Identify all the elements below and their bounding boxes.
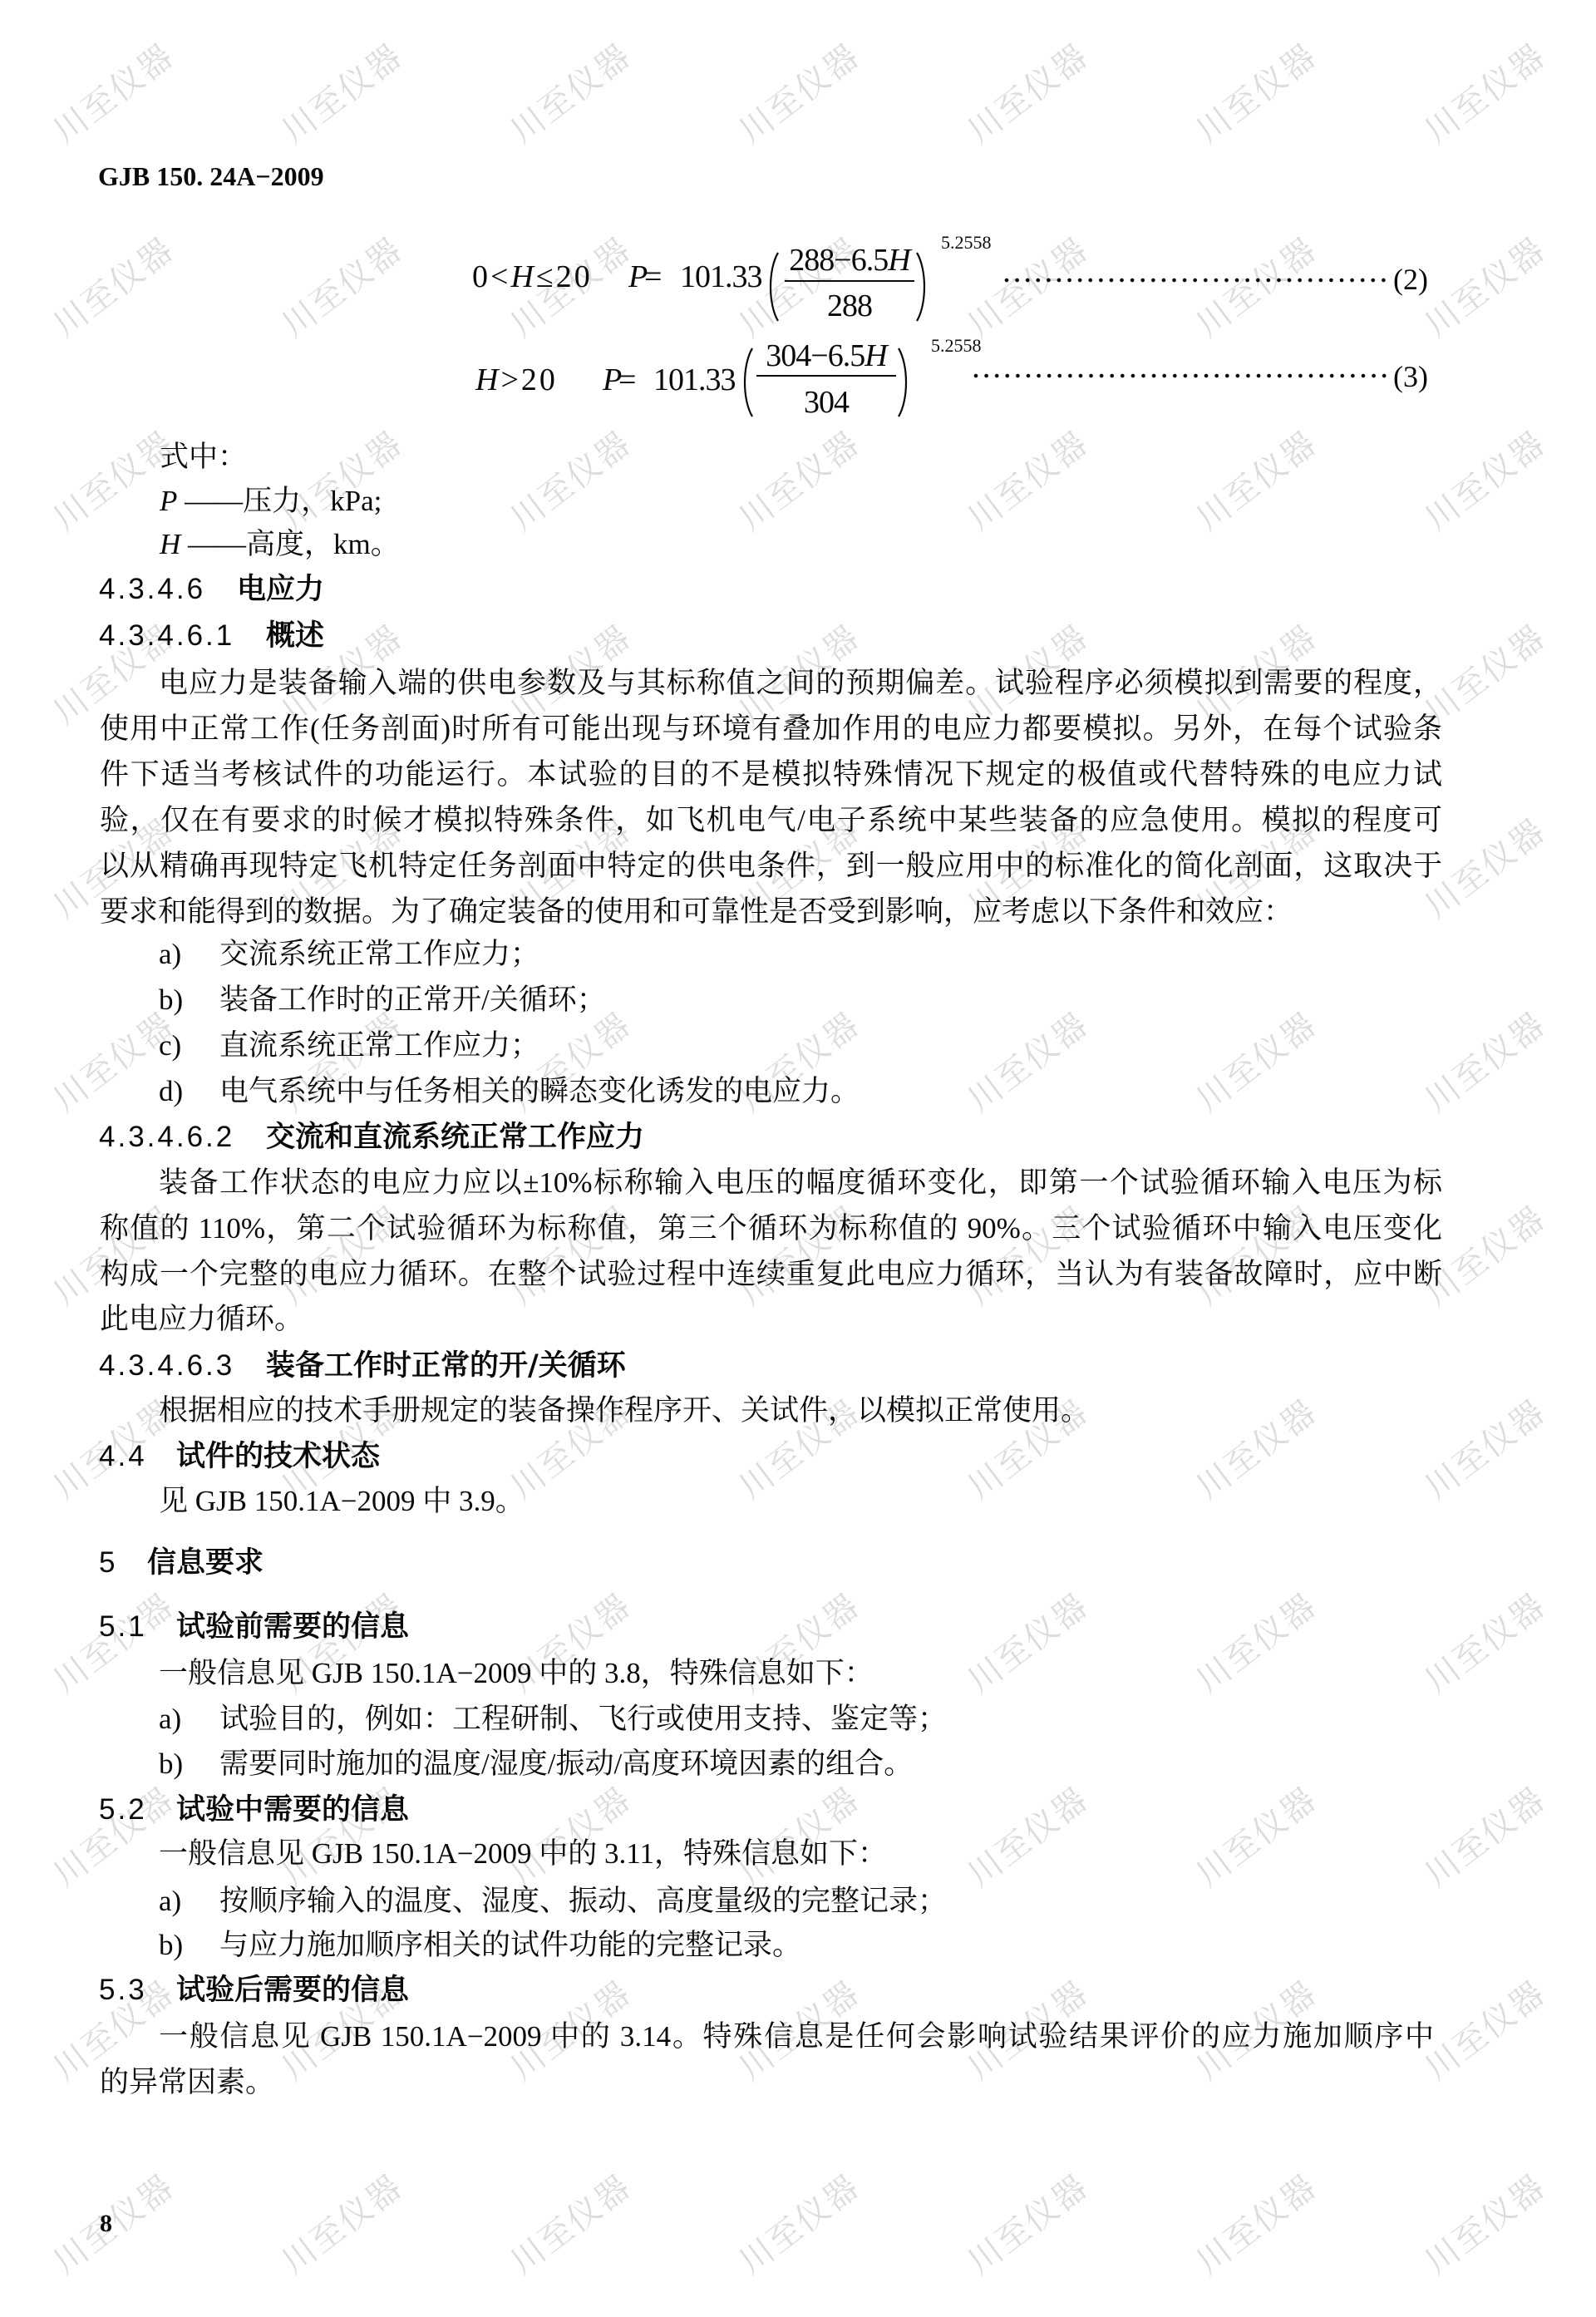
section-number: 5.1 xyxy=(99,1605,147,1649)
exponent: 5.2558 xyxy=(941,233,992,253)
list-marker: a) xyxy=(159,932,181,977)
list-text: 交流系统正常工作应力； xyxy=(219,932,539,977)
def-dash: —— xyxy=(185,485,243,517)
paragraph-line: 装备工作状态的电应力应以±10%标称输入电压的幅度循环变化，即第一个试验循环输入… xyxy=(159,1161,1442,1205)
section-title: 信息要求 xyxy=(147,1541,264,1585)
equation-number: (2) xyxy=(1393,261,1428,298)
condition-suffix: >20 xyxy=(500,362,557,397)
paragraph-line: 使用中正常工作(任务剖面)时所有可能出现与环境有叠加作用的电应力都要模拟。另外，… xyxy=(100,707,1442,752)
leader-dots xyxy=(1004,278,1389,283)
numerator-text: 288−6.5 xyxy=(789,243,888,278)
equation-condition: H>20 xyxy=(475,362,558,398)
paragraph-line: 构成一个完整的电应力循环。在整个试验过程中连续重复此电应力循环，当认为有装备故障… xyxy=(100,1252,1442,1297)
def-variable: P xyxy=(160,485,177,517)
section-title: 试验前需要的信息 xyxy=(176,1605,409,1649)
exponent: 5.2558 xyxy=(931,336,982,356)
list-text: 直流系统正常工作应力； xyxy=(219,1023,539,1068)
paragraph-line: 一般信息见 GJB 150.1A−2009 中的 3.8，特殊信息如下： xyxy=(159,1651,874,1696)
fraction-bar xyxy=(785,280,914,282)
list-marker: d) xyxy=(159,1069,183,1114)
list-text: 试验目的，例如：工程研制、飞行或使用支持、鉴定等； xyxy=(219,1697,947,1742)
variable-h: H xyxy=(475,362,500,397)
paragraph-line: 验，仅在有要求的时候才模拟特殊条件，如飞机电气/电子系统中某些装备的应急使用。模… xyxy=(100,798,1442,843)
paragraph-line: 要求和能得到的数据。为了确定装备的使用和可靠性是否受到影响，应考虑以下条件和效应… xyxy=(100,890,1293,934)
list-marker: a) xyxy=(159,1879,181,1924)
fraction-numerator: 288−6.5H xyxy=(785,242,914,279)
fraction-bar xyxy=(756,375,896,377)
paragraph-line: 以从精确再现特定飞机特定任务剖面中特定的供电条件，到一般应用中的标准化的简化剖面… xyxy=(100,844,1442,889)
list-marker: a) xyxy=(159,1697,181,1742)
section-title: 电应力 xyxy=(237,567,324,612)
section-title: 试件的技术状态 xyxy=(176,1434,380,1479)
section-title: 试验中需要的信息 xyxy=(176,1787,409,1832)
list-marker: c) xyxy=(159,1023,181,1068)
section-number: 5 xyxy=(99,1541,117,1585)
paragraph-line: 电应力是装备输入端的供电参数及与其标称值之间的预期偏差。试验程序必须模拟到需要的… xyxy=(159,661,1442,706)
equation-coefficient: 101.33 xyxy=(680,259,762,295)
numerator-variable: H xyxy=(888,243,909,278)
variable-h: H xyxy=(510,259,535,294)
section-number: 4.4 xyxy=(99,1434,147,1479)
paragraph-line: 一般信息见 GJB 150.1A−2009 中的 3.14。特殊信息是任何会影响… xyxy=(159,2014,1434,2059)
standard-code-header: GJB 150. 24A−2009 xyxy=(98,158,324,195)
section-title: 交流和直流系统正常工作应力 xyxy=(266,1115,644,1160)
paragraph-line: 根据相应的技术手册规定的装备操作程序开、关试件，以模拟正常使用。 xyxy=(159,1388,1090,1433)
definition-h: H ——高度，km。 xyxy=(160,522,400,567)
where-label: 式中： xyxy=(160,435,247,480)
fraction-numerator: 304−6.5H xyxy=(756,338,896,374)
section-title: 装备工作时正常的开/关循环 xyxy=(266,1343,626,1388)
list-marker: b) xyxy=(159,1923,183,1968)
list-text: 按顺序输入的温度、湿度、振动、高度量级的完整记录； xyxy=(219,1879,947,1924)
condition-suffix: ≤20 xyxy=(536,259,593,294)
left-paren-icon xyxy=(740,347,755,418)
paragraph-line: 一般信息见 GJB 150.1A−2009 中的 3.11，特殊信息如下： xyxy=(159,1831,887,1876)
section-number: 4.3.4.6 xyxy=(99,567,205,612)
list-marker: b) xyxy=(159,978,183,1023)
left-paren-icon xyxy=(766,251,781,323)
section-number: 5.2 xyxy=(99,1787,147,1832)
list-text: 需要同时施加的温度/湿度/振动/高度环境因素的组合。 xyxy=(219,1742,913,1787)
section-number: 5.3 xyxy=(99,1968,147,2013)
paragraph-line: 此电应力循环。 xyxy=(100,1297,303,1342)
equation-condition: 0<H≤20 xyxy=(472,259,593,295)
equation-number: (3) xyxy=(1393,358,1428,395)
paragraph-line: 称值的 110%，第二个试验循环为标称值，第三个循环为标称值的 90%。三个试验… xyxy=(100,1206,1442,1251)
section-title: 概述 xyxy=(266,614,324,658)
page-number: 8 xyxy=(100,2205,112,2243)
list-text: 电气系统中与任务相关的瞬态变化诱发的电应力。 xyxy=(219,1069,860,1114)
paragraph-line: 件下适当考核试件的功能运行。本试验的目的不是模拟特殊情况下规定的极值或代替特殊的… xyxy=(100,752,1442,797)
section-number: 4.3.4.6.1 xyxy=(99,614,234,658)
section-number: 4.3.4.6.3 xyxy=(99,1343,234,1388)
def-description: 压力，kPa; xyxy=(243,485,382,517)
equation-coefficient: 101.33 xyxy=(653,362,736,398)
def-variable: H xyxy=(160,528,180,560)
equals-sign: = xyxy=(618,362,635,398)
section-title: 试验后需要的信息 xyxy=(176,1968,409,2013)
section-number: 4.3.4.6.2 xyxy=(99,1115,234,1160)
right-paren-icon xyxy=(896,347,911,418)
right-paren-icon xyxy=(914,251,929,323)
condition-prefix: 0< xyxy=(472,259,510,294)
leader-dots xyxy=(973,373,1389,378)
equals-sign: = xyxy=(644,259,661,295)
document-page: 川至仪器川至仪器川至仪器川至仪器川至仪器川至仪器川至仪器川至仪器川至仪器川至仪器… xyxy=(0,0,1596,2317)
paragraph-line: 见 GJB 150.1A−2009 中 3.9。 xyxy=(159,1479,525,1524)
def-description: 高度，km。 xyxy=(246,528,400,560)
fraction-denominator: 288 xyxy=(785,288,914,324)
numerator-text: 304−6.5 xyxy=(766,338,864,373)
paragraph-line: 的异常因素。 xyxy=(100,2060,274,2105)
def-dash: —— xyxy=(188,528,246,560)
numerator-variable: H xyxy=(864,338,886,373)
list-marker: b) xyxy=(159,1742,183,1787)
list-text: 装备工作时的正常开/关循环； xyxy=(219,978,606,1023)
list-text: 与应力施加顺序相关的试件功能的完整记录。 xyxy=(219,1923,801,1968)
definition-p: P ——压力，kPa; xyxy=(160,479,382,524)
page-content: GJB 150. 24A−2009 0<H≤20 P = 101.33 288−… xyxy=(0,0,1596,2317)
fraction-denominator: 304 xyxy=(756,384,896,421)
